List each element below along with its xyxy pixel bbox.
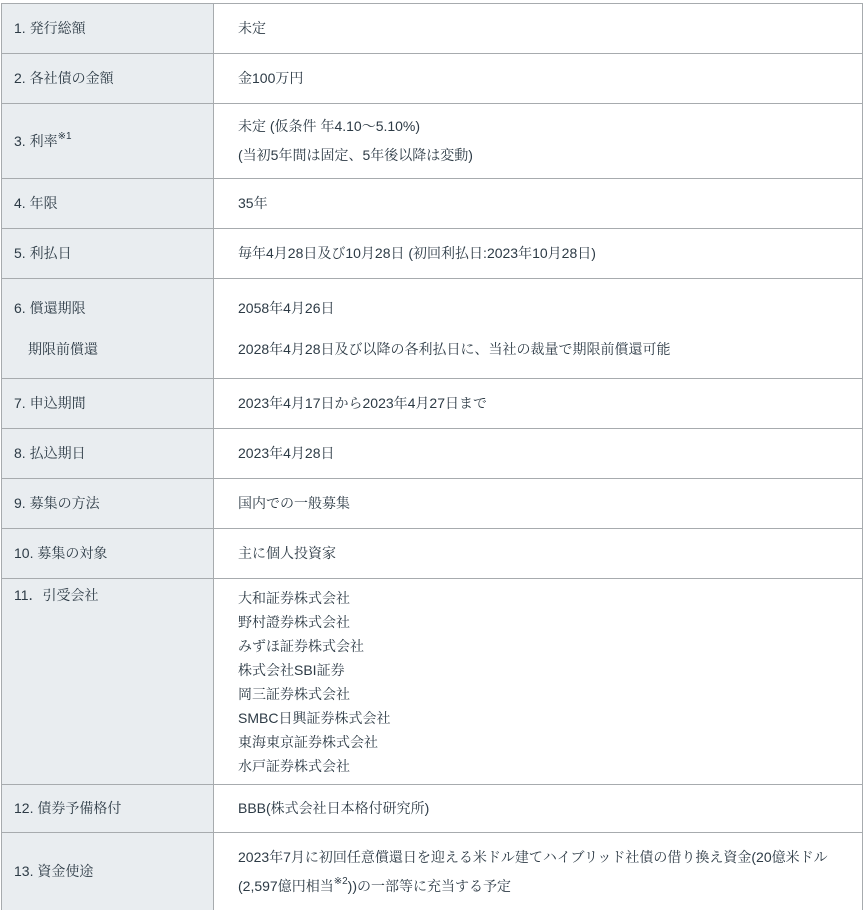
table-row: 11．引受会社 大和証券株式会社 野村證券株式会社 みずほ証券株式会社 株式会社… (2, 579, 862, 785)
row-label: 13. 資金使途 (2, 833, 214, 910)
table-row: 13. 資金使途 2023年7月に初回任意償還日を迎える米ドル建てハイブリッド社… (2, 833, 862, 910)
row-value-text: 主に個人投資家 (238, 543, 846, 564)
row-label-text: 5. 利払日 (14, 243, 205, 264)
use-of-proceeds-text-end: ))の一部等に充当する予定 (348, 878, 511, 894)
spacer (14, 606, 205, 778)
row-value-text: 2023年4月28日 (238, 443, 846, 464)
row-value: 2023年7月に初回任意償還日を迎える米ドル建てハイブリッド社債の借り換え資金(… (214, 833, 862, 910)
row-value-line: 未定 (仮条件 年4.10〜5.10%) (238, 116, 846, 137)
row-value: 未定 (仮条件 年4.10〜5.10%) (当初5年間は固定、5年後以降は変動) (214, 104, 862, 178)
table-row: 4. 年限 35年 (2, 179, 862, 229)
row-label-text: 4. 年限 (14, 193, 205, 214)
row-label: 8. 払込期日 (2, 429, 214, 478)
row-value: 2023年4月28日 (214, 429, 862, 478)
row-value: 2023年4月17日から2023年4月27日まで (214, 379, 862, 428)
row-label-text: 8. 払込期日 (14, 443, 205, 464)
row-value: 2058年4月26日 2028年4月28日及び以降の各利払日に、当社の裁量で期限… (214, 279, 862, 378)
underwriter-item: 岡三証券株式会社 (238, 682, 846, 706)
row-label-text: 7. 申込期間 (14, 393, 205, 414)
footnote-ref-1: ※1 (58, 131, 72, 142)
row-label-text: 2. 各社債の金額 (14, 68, 205, 89)
table-row: 3. 利率※1 未定 (仮条件 年4.10〜5.10%) (当初5年間は固定、5… (2, 104, 862, 179)
row-value: 未定 (214, 4, 862, 53)
row-label-text: 13. 資金使途 (14, 861, 205, 882)
row-sublabel-text: 期限前償還 (14, 339, 205, 360)
row-label-main: 3. 利率 (14, 133, 58, 149)
row-value: 毎年4月28日及び10月28日 (初回利払日:2023年10月28日) (214, 229, 862, 278)
underwriter-item: みずほ証券株式会社 (238, 634, 846, 658)
row-label: 9. 募集の方法 (2, 479, 214, 528)
table-row: 8. 払込期日 2023年4月28日 (2, 429, 862, 479)
table-row: 7. 申込期間 2023年4月17日から2023年4月27日まで (2, 379, 862, 429)
row-value-line: 2058年4月26日 (238, 298, 846, 319)
table-row: 10. 募集の対象 主に個人投資家 (2, 529, 862, 579)
row-value-text: 国内での一般募集 (238, 493, 846, 514)
underwriter-item: SMBC日興証券株式会社 (238, 706, 846, 730)
table-row: 12. 債券予備格付 BBB(株式会社日本格付研究所) (2, 785, 862, 833)
row-label-text: 9. 募集の方法 (14, 493, 205, 514)
underwriter-item: 東海東京証券株式会社 (238, 730, 846, 754)
row-label: 6. 償還期限 期限前償還 (2, 279, 214, 378)
row-label: 11．引受会社 (2, 579, 214, 784)
bond-terms-table: 1. 発行総額 未定 2. 各社債の金額 金100万円 3. 利率※1 未定 (… (1, 3, 863, 910)
footnote-ref-2: ※2 (334, 876, 348, 887)
row-label-text: 11．引受会社 (14, 585, 99, 606)
row-value-line: (当初5年間は固定、5年後以降は変動) (238, 145, 846, 166)
table-row: 1. 発行総額 未定 (2, 4, 862, 54)
row-value-text: 毎年4月28日及び10月28日 (初回利払日:2023年10月28日) (238, 243, 846, 264)
underwriter-item: 水戸証券株式会社 (238, 754, 846, 778)
row-label: 4. 年限 (2, 179, 214, 228)
row-label: 10. 募集の対象 (2, 529, 214, 578)
row-value-text: 未定 (238, 18, 846, 39)
underwriter-item: 株式会社SBI証券 (238, 658, 846, 682)
row-value: 35年 (214, 179, 862, 228)
row-label-text: 6. 償還期限 (14, 298, 205, 319)
table-row: 5. 利払日 毎年4月28日及び10月28日 (初回利払日:2023年10月28… (2, 229, 862, 279)
table-row: 6. 償還期限 期限前償還 2058年4月26日 2028年4月28日及び以降の… (2, 279, 862, 379)
row-label-text: 10. 募集の対象 (14, 543, 205, 564)
row-value-text: BBB(株式会社日本格付研究所) (238, 798, 846, 819)
row-label-text: 12. 債券予備格付 (14, 798, 205, 819)
table-row: 9. 募集の方法 国内での一般募集 (2, 479, 862, 529)
use-of-proceeds-text: 2023年7月に初回任意償還日を迎える米ドル建てハイブリッド社債の借り換え資金(… (238, 849, 828, 894)
row-value: 主に個人投資家 (214, 529, 862, 578)
row-label-text: 1. 発行総額 (14, 18, 205, 39)
row-label: 1. 発行総額 (2, 4, 214, 53)
row-label: 3. 利率※1 (2, 104, 214, 178)
row-label: 5. 利払日 (2, 229, 214, 278)
row-value-text: 35年 (238, 193, 846, 214)
row-value: BBB(株式会社日本格付研究所) (214, 785, 862, 832)
row-label-text: 3. 利率※1 (14, 131, 205, 152)
row-value-text: 2023年4月17日から2023年4月27日まで (238, 393, 846, 414)
row-value-text: 金100万円 (238, 68, 846, 89)
row-value: 金100万円 (214, 54, 862, 103)
row-value: 大和証券株式会社 野村證券株式会社 みずほ証券株式会社 株式会社SBI証券 岡三… (214, 579, 862, 784)
row-value: 国内での一般募集 (214, 479, 862, 528)
row-value-text: 2023年7月に初回任意償還日を迎える米ドル建てハイブリッド社債の借り換え資金(… (238, 843, 846, 900)
row-label: 2. 各社債の金額 (2, 54, 214, 103)
row-label: 7. 申込期間 (2, 379, 214, 428)
underwriter-item: 野村證券株式会社 (238, 610, 846, 634)
table-row: 2. 各社債の金額 金100万円 (2, 54, 862, 104)
underwriter-item: 大和証券株式会社 (238, 586, 846, 610)
row-value-line: 2028年4月28日及び以降の各利払日に、当社の裁量で期限前償還可能 (238, 339, 846, 360)
row-label: 12. 債券予備格付 (2, 785, 214, 832)
